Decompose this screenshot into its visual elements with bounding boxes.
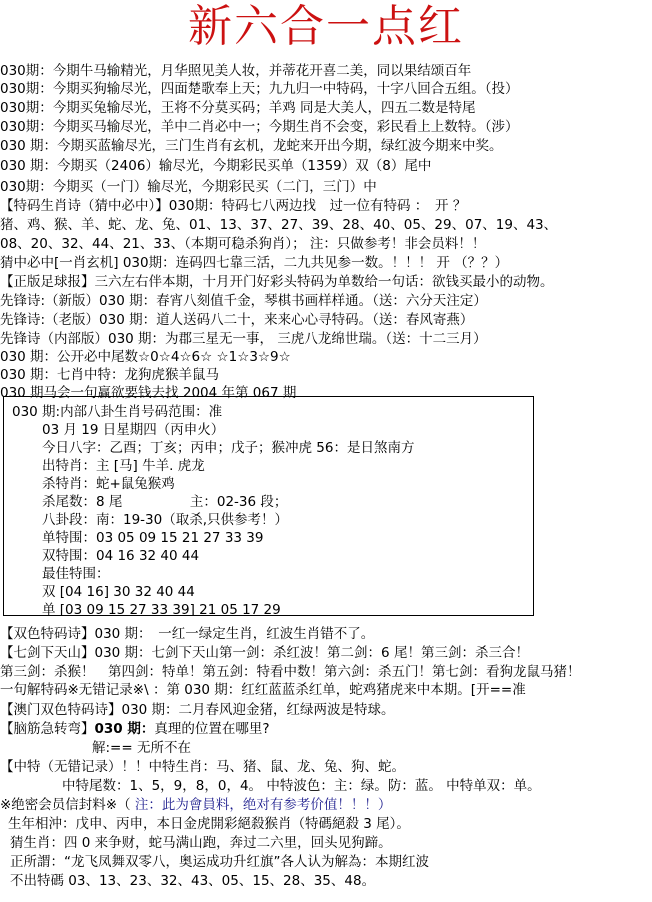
riddle-text: 真理的位置在哪里? — [154, 721, 269, 737]
poem-line: 先锋诗:（老版）030 期：道人送码八二十，来来心心寻特码。（送：春风寄燕） — [0, 311, 473, 329]
seven-swords-line: 【七剑下天山】030 期：七剑下天山第一剑：杀红波！第二剑：6 尾！第三剑：杀三… — [0, 644, 529, 662]
tail-number-line: 030 期：公开必中尾数☆0☆4☆6☆ ☆1☆3☆9☆ — [0, 348, 291, 366]
prediction-line: 030期：今期买狗输尽光，四面楚歌奉上天；九九归一中特码，十字八回合五组。（投） — [0, 80, 519, 98]
zodiac-poem-line: 【特码生肖诗（猜中必中）】030期：特码七八两边找 过一位有特码 ： 开 ？ — [0, 197, 466, 215]
number-list-line: 猪、鸡、猴、羊、蛇、龙、兔、01、13、37、27、39、28、40、05、29… — [0, 216, 557, 234]
prediction-line: 猜中必中[一肖玄机] 030期：连码四七靠三活，二九共见参一数。！！！ 开 （？… — [0, 254, 508, 272]
bagua-line: 双特围：04 16 32 40 44 — [42, 547, 199, 565]
bagua-line: 八卦段：南：19-30（取杀,只供参考！） — [42, 511, 288, 529]
bagua-line: 03 月 19 日星期四（丙申火） — [42, 421, 224, 439]
prediction-line: 030期：今期买马输尽光，羊中二肖必中一；今期生肖不会变，彩民看上上数特。（涉） — [0, 118, 519, 136]
prediction-line: 【正版足球报】三六左右伴本期，十月开门好彩头特码为单数给一句话：欲钱买最小的动物… — [0, 273, 554, 291]
secret-header: ※绝密会员信封料※（ 注：此为會員料，绝对有参考价值！！！） — [0, 796, 391, 814]
bagua-line: 今日八字：乙酉；丁亥；丙申；戊子；猴冲虎 56：是日煞南方 — [42, 439, 414, 457]
riddle-issue: 030 期： — [95, 721, 155, 737]
prediction-line: 030 期：今期买蓝输尽光，三门生肖有玄机，龙蛇来开出今期，绿红波今期来中奖。 — [0, 137, 503, 155]
poem-line: 【双色特码诗】030 期： 一红一绿定生肖，红波生肖错不了。 — [0, 625, 374, 643]
bagua-header: 030 期:内部八卦生肖号码范围：准 — [12, 403, 222, 421]
riddle-prefix: 【脑筋急转弯】 — [0, 721, 95, 737]
prediction-line: 030期：今期买（一门）输尽光，今期彩民买（二门，三门）中 — [0, 178, 377, 196]
secret-label: ※绝密会员信封料※（ — [0, 797, 131, 813]
bagua-line: 出特肖：主 [马] 牛羊. 虎龙 — [42, 457, 205, 475]
secret-line: 正所謂：“龙飞凤舞双零八，奥运成功升红旗”各人认为解為：本期红波 — [10, 853, 429, 871]
bagua-line: 最佳特围： — [42, 565, 110, 583]
riddle-answer: 解:== 无所不在 — [92, 739, 191, 757]
secret-line: 猜生肖：四 0 来争财，蛇马满山跑，奔过二六里，回头见狗蹄。 — [10, 834, 392, 852]
bagua-line: 单 [03 09 15 27 33 39] 21 05 17 29 — [42, 601, 281, 619]
secret-line: 不出特碼 03、13、23、32、43、05、15、28、35、48。 — [10, 872, 375, 890]
zodiac-line: 030 期：七肖中特：龙狗虎猴羊鼠马 — [0, 366, 219, 384]
secret-note: 注：此为會員料，绝对有参考价值！！！） — [131, 797, 392, 813]
zhongte-zodiac: 【中特（无错记录）！！中特生肖：马、猪、鼠、龙、兔、狗、蛇。 — [0, 758, 405, 776]
prediction-line: 030期：今期买兔输尽光，王将不分莫买码；羊鸡 同是大美人，四五二数是特尾 — [0, 99, 476, 117]
bagua-box: 030 期:内部八卦生肖号码范围：准 03 月 19 日星期四（丙申火） 今日八… — [3, 396, 534, 616]
poem-line: 【澳门双色特码诗】030 期：二月春风迎金猪，红绿两波是特球。 — [0, 701, 395, 719]
prediction-line: 030期：今期牛马输精光，月华照见美人妆，并蒂花开喜二美，同以果结颂百年 — [0, 62, 471, 80]
prediction-line: 030 期：今期买（2406）输尽光，今期彩民买单（1359）双（8）尾中 — [0, 157, 431, 175]
page-title: 新六合一点红 — [0, 2, 652, 52]
bagua-line: 双 [04 16] 30 32 40 44 — [42, 583, 195, 601]
number-list-line: 08、20、32、44、21、33、（本期可稳杀狗肖）； 注：只做参考！非会员料… — [0, 235, 485, 253]
poem-line: 先锋诗（内部版）030 期：为郡三星无一事， 三虎八龙绵世瑞。（送：十二三月） — [0, 330, 487, 348]
poem-line: 先锋诗:（新版）030 期：春宵八刻值千金，琴棋书画样样通。（送：六分天注定） — [0, 292, 487, 310]
secret-line: 生年相沖：戊申、丙申，本日金虎開彩絕殺猴肖（特碼絕殺 3 尾）。 — [8, 815, 410, 833]
zhongte-tails: 中特尾数：1、5，9，8，0，4。 中特波色：主：绿。防：蓝。 中特单双：单。 — [62, 777, 541, 795]
bagua-line: 杀尾数：8 尾 主：02-36 段； — [42, 493, 287, 511]
bagua-line: 杀特肖：蛇+鼠兔猴鸡 — [42, 475, 175, 493]
riddle-code-line: 一句解特码※无错记录※\ ：第 030 期：红红蓝蓝杀红单，蛇鸡猪虎来中本期。[… — [0, 681, 526, 699]
riddle-question: 【脑筋急转弯】030 期：真理的位置在哪里? — [0, 720, 270, 738]
seven-swords-line: 第三剑：杀猴！ 第四剑：特单！第五剑：特看中数！第六剑：杀五门！第七剑：看狗龙鼠… — [0, 663, 581, 681]
bagua-line: 单特围：03 05 09 15 21 27 33 39 — [42, 529, 263, 547]
